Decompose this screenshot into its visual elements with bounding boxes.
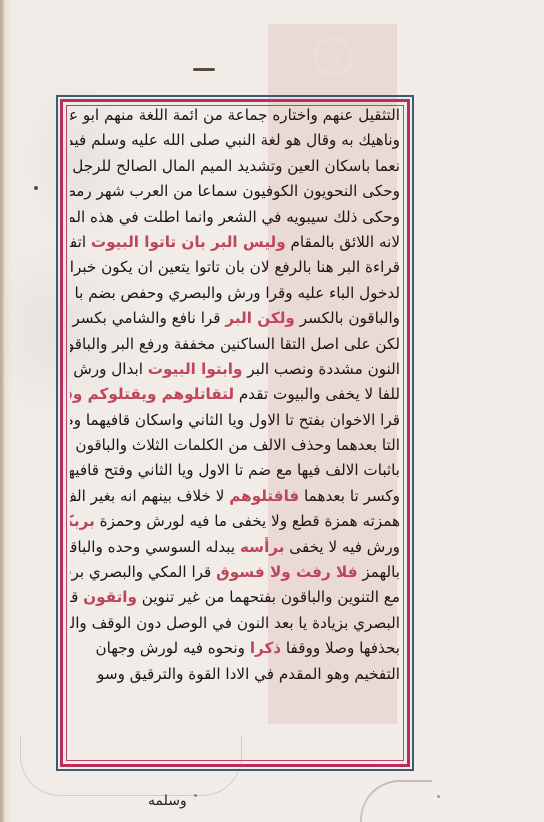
text-segment: ونحوه فيه لورش وجهان xyxy=(95,639,249,657)
text-segment: ورش فيه لا يخفى xyxy=(284,538,400,556)
text-segment: وكسر تا بعدهما xyxy=(299,487,400,505)
text-line: وحكى النحويون الكوفيون سماعا من العرب شه… xyxy=(70,179,400,204)
text-segment: لا خلاف بينهم انه بغير الف xyxy=(70,487,229,505)
text-segment: قرا المكي والبصري برفع الثا والقاف xyxy=(70,563,216,581)
ink-dot xyxy=(34,186,38,190)
rubric-phrase: فاقتلوهم xyxy=(229,487,299,505)
rubric-phrase: وليس البر بان تاتوا البيوت xyxy=(91,233,286,251)
text-segment: البصري بزيادة يا بعد النون في الوصل دون … xyxy=(70,614,400,632)
text-line: باثبات الالف فيها مع ضم تا الاول ويا الث… xyxy=(70,458,400,483)
text-segment: قراءة البر هنا بالرفع لان بان تاتوا يتعي… xyxy=(70,258,400,276)
text-line: لكن على اصل التقا الساكنين مخففة ورفع ال… xyxy=(70,332,400,357)
text-line: قراءة البر هنا بالرفع لان بان تاتوا يتعي… xyxy=(70,255,400,280)
text-line: بحذفها وصلا ووقفا ذكرا ونحوه فيه لورش وج… xyxy=(70,636,400,661)
text-segment: بحذفها وصلا ووقفا xyxy=(281,639,400,657)
text-segment: همزته همزة قطع ولا يخفى ما فيه لورش وحمز… xyxy=(95,512,400,530)
text-line: ورش فيه لا يخفى برأسه يبدله السوسي وحده … xyxy=(70,535,400,560)
text-line: التا بعدهما وحذف الالف من الكلمات الثلاث… xyxy=(70,433,400,458)
text-segment: التثقيل عنهم واختاره جماعة من ائمة اللغة… xyxy=(70,106,400,124)
manuscript-page: التثقيل عنهم واختاره جماعة من ائمة اللغة… xyxy=(0,0,544,822)
text-segment: قرا نافع والشامي بكسر نون xyxy=(70,309,225,327)
rubric-phrase: ولكن البر xyxy=(225,309,295,327)
text-segment: قرا الاخوان بفتح تا الاول ويا الثاني واس… xyxy=(70,411,400,429)
page-curl-mark xyxy=(360,780,432,822)
text-line: البصري بزيادة يا بعد النون في الوصل دون … xyxy=(70,611,400,636)
text-segment: ابدال ورش والسوسي xyxy=(70,360,148,378)
text-segment: التا بعدهما وحذف الالف من الكلمات الثلاث… xyxy=(75,436,400,454)
text-segment: للفا لا يخفى والبيوت تقدم xyxy=(234,385,400,403)
ink-blot xyxy=(193,68,215,71)
text-line: همزته همزة قطع ولا يخفى ما فيه لورش وحمز… xyxy=(70,509,400,534)
text-segment: وناهيك به وقال هو لغة النبي صلى الله علي… xyxy=(70,131,400,149)
catchword: وسلمه xyxy=(148,793,187,809)
text-line: للفا لا يخفى والبيوت تقدم لتقاتلوهم ويقت… xyxy=(70,382,400,407)
rubric-phrase: لتقاتلوهم ويقتلوكم وقاتلوكم xyxy=(70,385,234,403)
text-line: لانه اللائق بالمقام وليس البر بان تاتوا … xyxy=(70,230,400,255)
text-line: لدخول الباء عليه وقرا ورش والبصري وحفص ب… xyxy=(70,281,400,306)
text-segment: لانه اللائق بالمقام xyxy=(286,233,400,251)
rubric-phrase: ذكرا xyxy=(250,639,281,657)
text-line: مع التنوين والباقون بفتحهما من غير تنوين… xyxy=(70,585,400,610)
text-segment: وحكى النحويون الكوفيون سماعا من العرب شه… xyxy=(70,182,400,200)
text-segment: التفخيم وهو المقدم في الادا القوة والترق… xyxy=(97,665,400,683)
circular-logo-icon xyxy=(313,37,353,77)
text-segment: اتفقوا على xyxy=(70,233,91,251)
text-line: وحكى ذلك سيبويه في الشعر وانما اطلت في ه… xyxy=(70,205,400,230)
text-line: التفخيم وهو المقدم في الادا القوة والترق… xyxy=(70,662,400,687)
text-line: والباقون بالكسر ولكن البر قرا نافع والشا… xyxy=(70,306,400,331)
text-line: قرا الاخوان بفتح تا الاول ويا الثاني واس… xyxy=(70,408,400,433)
text-line: بالهمز فلا رفث ولا فسوق قرا المكي والبصر… xyxy=(70,560,400,585)
text-segment: لكن على اصل التقا الساكنين مخففة ورفع ال… xyxy=(70,335,400,353)
binding-edge xyxy=(0,0,4,822)
rubric-phrase: بربكم xyxy=(70,512,95,530)
rubric-phrase: فلا رفث ولا فسوق xyxy=(216,563,357,581)
text-line: النون مشددة ونصب البر وابتوا البيوت ابدا… xyxy=(70,357,400,382)
text-segment: بالهمز xyxy=(358,563,400,581)
text-segment: النون مشددة ونصب البر xyxy=(242,360,400,378)
text-segment: باثبات الالف فيها مع ضم تا الاول ويا الث… xyxy=(70,461,400,479)
ink-dot xyxy=(194,794,197,797)
text-segment: مع التنوين والباقون بفتحهما من غير تنوين xyxy=(137,588,400,606)
text-line: التثقيل عنهم واختاره جماعة من ائمة اللغة… xyxy=(70,103,400,128)
text-line: وكسر تا بعدهما فاقتلوهم لا خلاف بينهم ان… xyxy=(70,484,400,509)
rubric-phrase: برأسه xyxy=(240,538,285,556)
ink-dot xyxy=(437,795,440,798)
rubric-phrase: وابتوا البيوت xyxy=(148,360,243,378)
text-line: وناهيك به وقال هو لغة النبي صلى الله علي… xyxy=(70,128,400,153)
text-segment: نعما باسكان العين وتشديد الميم المال الص… xyxy=(70,157,400,175)
manuscript-text-block: التثقيل عنهم واختاره جماعة من ائمة اللغة… xyxy=(70,103,400,763)
text-segment: يبدله السوسي وحده والباقون xyxy=(70,538,240,556)
text-line: نعما باسكان العين وتشديد الميم المال الص… xyxy=(70,154,400,179)
text-segment: قرا xyxy=(70,588,83,606)
text-segment: وحكى ذلك سيبويه في الشعر وانما اطلت في ه… xyxy=(70,208,400,226)
rubric-phrase: واتقون xyxy=(83,588,137,606)
text-segment: والباقون بالكسر xyxy=(295,309,400,327)
text-segment: لدخول الباء عليه وقرا ورش والبصري وحفص ب… xyxy=(70,284,400,302)
